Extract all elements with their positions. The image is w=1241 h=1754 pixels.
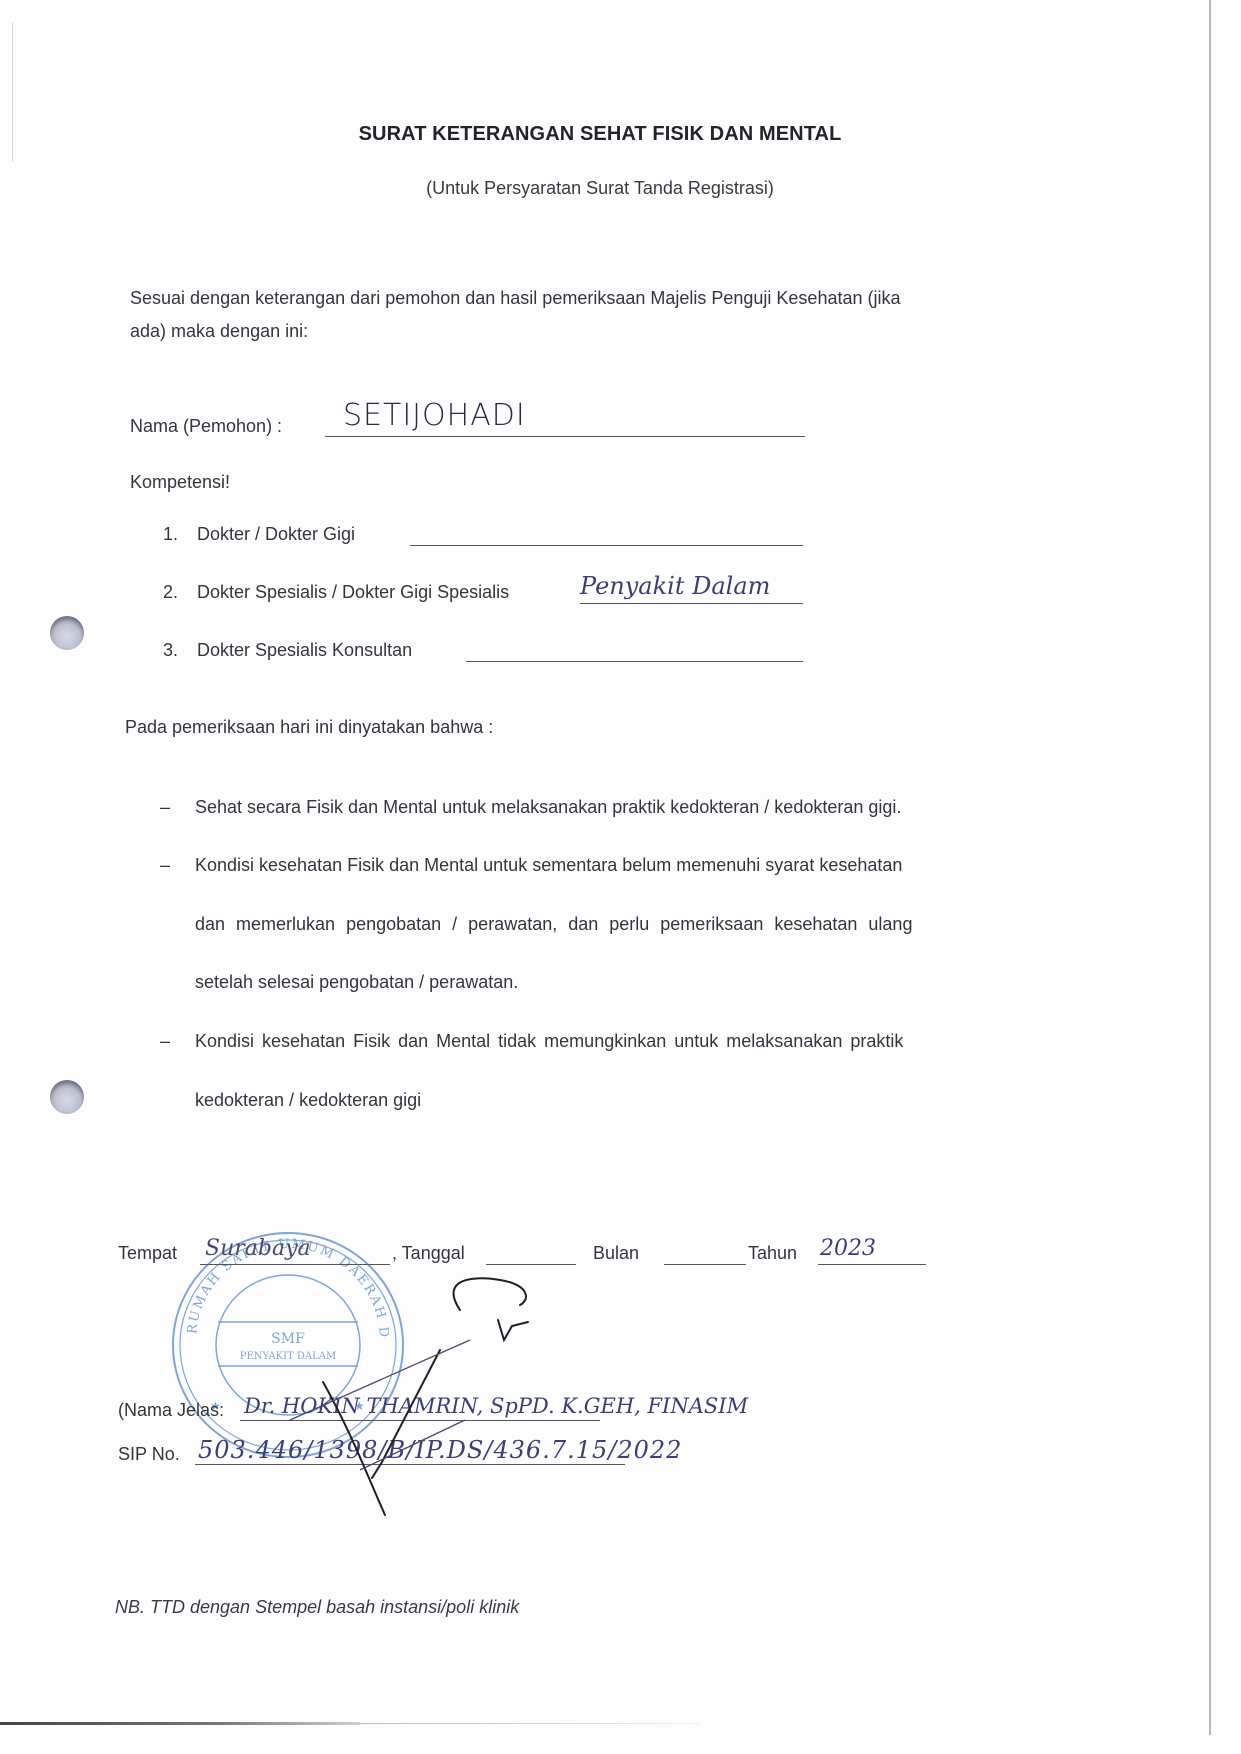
year-line: [818, 1264, 926, 1265]
punch-hole: [50, 1080, 84, 1114]
place-line: [200, 1264, 390, 1265]
year-label: Tahun: [748, 1243, 797, 1264]
stamp-ring-text: RUMAH SAKIT UMUM DAERAH Dr. SOETOMO: [0, 0, 391, 1340]
competence-item-label: Dokter Spesialis / Dokter Gigi Spesialis: [197, 582, 509, 603]
applicant-name-value: SETIJOHADI: [343, 398, 526, 433]
date-line: [486, 1264, 576, 1265]
competence-item-number: 3.: [163, 640, 178, 661]
statement-line: setelah selesai pengobatan / perawatan.: [195, 972, 518, 993]
sip-line: [195, 1464, 625, 1465]
competence-item-line: [580, 603, 803, 604]
signature-icon: [0, 0, 1241, 1754]
stamp-center-text-2: PENYAKIT DALAM: [240, 1351, 336, 1362]
competence-item-label: Dokter Spesialis Konsultan: [197, 640, 412, 661]
document-subtitle: (Untuk Persyaratan Surat Tanda Registras…: [0, 178, 1200, 199]
statement-bullet: –: [160, 797, 170, 818]
statement-line: Kondisi kesehatan Fisik dan Mental tidak…: [195, 1031, 903, 1052]
statement-line: dan memerlukan pengobatan / perawatan, d…: [195, 914, 912, 935]
statement-line: Kondisi kesehatan Fisik dan Mental untuk…: [195, 855, 902, 876]
scan-edge-right: [1209, 0, 1211, 1735]
competence-item-value: Penyakit Dalam: [580, 572, 770, 600]
document-page: SURAT KETERANGAN SEHAT FISIK DAN MENTAL …: [0, 0, 1241, 1754]
signatory-name-line: [240, 1420, 600, 1421]
competence-item-line: [410, 545, 803, 546]
applicant-name-line: [325, 436, 805, 437]
year-value: 2023: [820, 1236, 876, 1261]
competence-item-number: 1.: [163, 524, 178, 545]
signatory-name-label: (Nama Jelas:: [118, 1400, 224, 1421]
sip-label: SIP No.: [118, 1444, 180, 1465]
bottom-rule-fade: [360, 1723, 700, 1724]
month-label: Bulan: [593, 1243, 639, 1264]
stamp-center-text-1: SMF: [271, 1331, 305, 1347]
applicant-name-label: Nama (Pemohon) :: [130, 416, 282, 437]
stamp-rings: [173, 1233, 403, 1457]
official-stamp: RUMAH SAKIT UMUM DAERAH Dr. SOETOMO SMF …: [0, 0, 1241, 1754]
competence-item-number: 2.: [163, 582, 178, 603]
signatory-name-value: Dr. HOKIN THAMRIN, SpPD. K.GEH, FINASIM: [244, 1394, 748, 1418]
intro-text-line-1: Sesuai dengan keterangan dari pemohon da…: [130, 288, 901, 309]
statement-bullet: –: [160, 1031, 170, 1052]
statement-bullet: –: [160, 855, 170, 876]
place-label: Tempat: [118, 1243, 177, 1264]
sip-value: 503.446/1398/B/IP.DS/436.7.15/2022: [198, 1436, 682, 1464]
competence-item-line: [466, 661, 803, 662]
competence-item-label: Dokter / Dokter Gigi: [197, 524, 355, 545]
intro-text-line-2: ada) maka dengan ini:: [130, 321, 308, 342]
statement-line: kedokteran / kedokteran gigi: [195, 1090, 421, 1111]
footnote: NB. TTD dengan Stempel basah instansi/po…: [115, 1597, 519, 1618]
punch-hole: [50, 616, 84, 650]
month-line: [664, 1264, 746, 1265]
statement-line: Sehat secara Fisik dan Mental untuk mela…: [195, 797, 901, 818]
document-title: SURAT KETERANGAN SEHAT FISIK DAN MENTAL: [0, 123, 1200, 146]
place-value: Surabaya: [205, 1236, 311, 1261]
date-label: , Tanggal: [392, 1243, 465, 1264]
competence-label: Kompetensi!: [130, 472, 230, 493]
statement-intro: Pada pemeriksaan hari ini dinyatakan bah…: [125, 717, 493, 738]
bottom-rule: [0, 1722, 360, 1725]
